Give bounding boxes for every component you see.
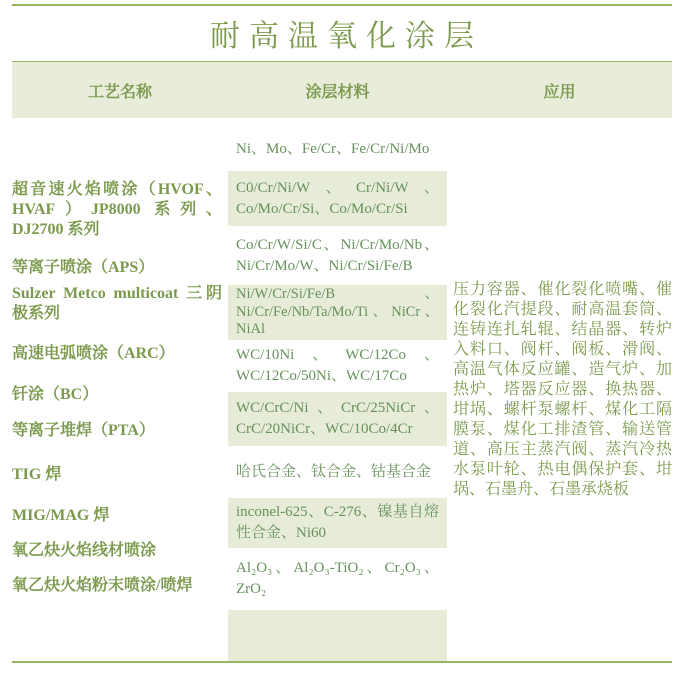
material-row: WC/CrC/Ni、CrC/25NiCr、CrC/20NiCr、WC/10Co/… bbox=[228, 392, 447, 446]
process-item: MIG/MAG 焊 bbox=[12, 506, 222, 526]
material-text: Ni、Mo、Fe/Cr、Fe/Cr/Ni/Mo bbox=[236, 139, 439, 171]
process-item: 超音速火焰喷涂（HVOF、HVAF）JP8000 系列、DJ2700 系列 bbox=[12, 180, 222, 240]
header-cell-process: 工艺名称 bbox=[12, 79, 228, 102]
process-item: Sulzer Metco multicoat 三阴极系列 bbox=[12, 284, 222, 324]
material-row: Ni/W/Cr/Si/Fe/B、Ni/Cr/Fe/Nb/Ta/Mo/Ti、NiC… bbox=[228, 285, 447, 340]
header-cell-application: 应用 bbox=[447, 79, 672, 102]
process-item: 等离子喷涂（APS） bbox=[12, 258, 222, 278]
material-row bbox=[228, 610, 447, 661]
process-item: 钎涂（BC） bbox=[12, 385, 222, 405]
material-text: 哈氏合金、钛合金、钴基合金 bbox=[236, 462, 439, 483]
material-row: Ni、Mo、Fe/Cr、Fe/Cr/Ni/Mo bbox=[228, 118, 447, 171]
material-row: inconel-625、C-276、镍基自熔性合金、Ni60 bbox=[228, 498, 447, 548]
application-text: 压力容器、催化裂化喷嘴、催化裂化汽提段、耐高温套筒、连铸连扎轧辊、结晶器、转炉入… bbox=[453, 280, 672, 500]
material-row: WC/10Ni、WC/12Co、WC/12Co/50Ni、WC/17Co bbox=[228, 340, 447, 392]
process-item: 氧乙炔火焰粉末喷涂/喷焊 bbox=[12, 576, 222, 596]
bottom-divider bbox=[12, 661, 672, 663]
application-column: 压力容器、催化裂化喷嘴、催化裂化汽提段、耐高温套筒、连铸连扎轧辊、结晶器、转炉入… bbox=[447, 118, 672, 661]
header-cell-materials: 涂层材料 bbox=[228, 79, 447, 102]
material-text: WC/CrC/Ni、CrC/25NiCr、CrC/20NiCr、WC/10Co/… bbox=[236, 398, 439, 440]
material-text: Co/Cr/W/Si/C、Ni/Cr/Mo/Nb、Ni/Cr/Mo/W、Ni/C… bbox=[236, 235, 439, 277]
material-row: Al₂O₃、Al₂O₃-TiO₂、Cr₂O₃、ZrO₂ bbox=[228, 548, 447, 610]
material-text: Ni/W/Cr/Si/Fe/B、Ni/Cr/Fe/Nb/Ta/Mo/Ti、NiC… bbox=[236, 286, 439, 339]
material-text: C0/Cr/Ni/W、Cr/Ni/W、Co/Mo/Cr/Si、Co/Mo/Cr/… bbox=[236, 178, 439, 220]
process-item: 氧乙炔火焰线材喷涂 bbox=[12, 541, 222, 561]
material-text: Al₂O₃、Al₂O₃-TiO₂、Cr₂O₃、ZrO₂ bbox=[236, 558, 439, 600]
material-row: 哈氏合金、钛合金、钴基合金 bbox=[228, 446, 447, 498]
table-body: 超音速火焰喷涂（HVOF、HVAF）JP8000 系列、DJ2700 系列 等离… bbox=[12, 118, 672, 661]
material-text: WC/10Ni、WC/12Co、WC/12Co/50Ni、WC/17Co bbox=[236, 345, 439, 387]
table-header-row: 工艺名称 涂层材料 应用 bbox=[12, 62, 672, 118]
material-row: C0/Cr/Ni/W、Cr/Ni/W、Co/Mo/Cr/Si、Co/Mo/Cr/… bbox=[228, 171, 447, 226]
process-column: 超音速火焰喷涂（HVOF、HVAF）JP8000 系列、DJ2700 系列 等离… bbox=[12, 118, 228, 661]
materials-column: Ni、Mo、Fe/Cr、Fe/Cr/Ni/Mo C0/Cr/Ni/W、Cr/Ni… bbox=[228, 118, 447, 661]
process-item: 等离子堆焊（PTA） bbox=[12, 421, 222, 441]
process-item: TIG 焊 bbox=[12, 465, 222, 485]
page-title: 耐高温氧化涂层 bbox=[12, 6, 672, 61]
material-text: inconel-625、C-276、镍基自熔性合金、Ni60 bbox=[236, 502, 439, 544]
coating-table-page: 耐高温氧化涂层 工艺名称 涂层材料 应用 超音速火焰喷涂（HVOF、HVAF）J… bbox=[0, 0, 683, 694]
material-row: Co/Cr/W/Si/C、Ni/Cr/Mo/Nb、Ni/Cr/Mo/W、Ni/C… bbox=[228, 226, 447, 285]
process-item: 高速电弧喷涂（ARC） bbox=[12, 344, 222, 364]
